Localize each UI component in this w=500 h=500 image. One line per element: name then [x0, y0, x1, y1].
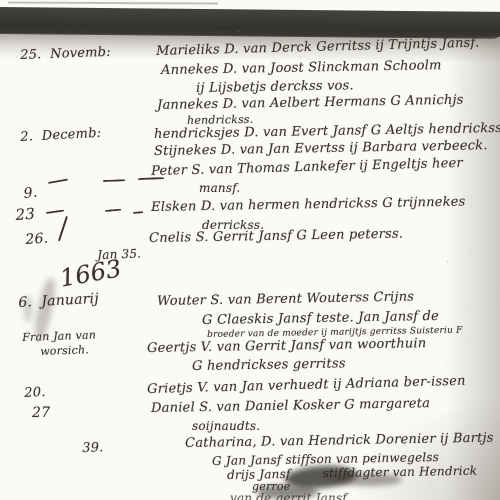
entry-line: Wouter S. van Berent Wouterss Crijns [157, 291, 414, 310]
margin-date: 25. Novemb: [20, 46, 111, 63]
margin-date: 2. Decemb: [20, 127, 102, 146]
year-heading: 1663 [58, 255, 124, 292]
margin-note: worsich. [40, 344, 89, 358]
ink-smudge [332, 473, 402, 486]
scanned-register-page: 25. Novemb: 2. Decemb: 9. 23 26. Jan 35.… [0, 0, 500, 500]
entry-line: Grietjs V. van Jan verhuedt ij Adriana b… [147, 375, 466, 398]
entry-line: Geertjs V. van Gerrit Jansf van woorthui… [147, 337, 427, 356]
pen-stroke [58, 216, 68, 241]
margin-date: 6. Januarij [18, 292, 99, 312]
scan-edge-line [8, 1, 218, 4]
ditto-dash [46, 209, 64, 213]
ditto-dash [133, 211, 143, 214]
ditto-dash [105, 209, 121, 212]
ditto-dash [103, 179, 125, 182]
entry-line: G hendrickses gerritss [192, 357, 346, 374]
entry-line: Jannekes D. van Aelbert Hermans G Annich… [157, 94, 464, 114]
entry-line: Annekes D. van Joost Slinckman Schoolm [161, 59, 442, 78]
entry-line: Peter S. van Thomas Lankefer ij Engeltjs… [151, 157, 463, 179]
entry-line: Cnelis S. Gerrit Jansf G Leen peterss. [149, 228, 403, 247]
margin-date: 20. [24, 386, 46, 401]
entry-line: G Claeskis Jansf teste. Jan Jansf de [202, 310, 439, 328]
margin-date: 27 [32, 406, 50, 421]
entry-line: soijnaudts. [192, 420, 260, 433]
entry-line: Elsken D. van hermen hendrickss G trijnn… [151, 196, 466, 216]
margin-date: 9. [23, 186, 38, 203]
margin-date: 23 [15, 206, 36, 224]
entry-line: mansf. [199, 182, 240, 195]
entry-line: ij Lijsbetjs derckss vos. [196, 79, 354, 96]
ditto-dash [48, 179, 68, 184]
ink-smudge [256, 485, 318, 499]
margin-date: 26. [25, 231, 49, 248]
margin-note: Fran Jan van [22, 329, 96, 344]
margin-date: 39. [82, 441, 104, 456]
